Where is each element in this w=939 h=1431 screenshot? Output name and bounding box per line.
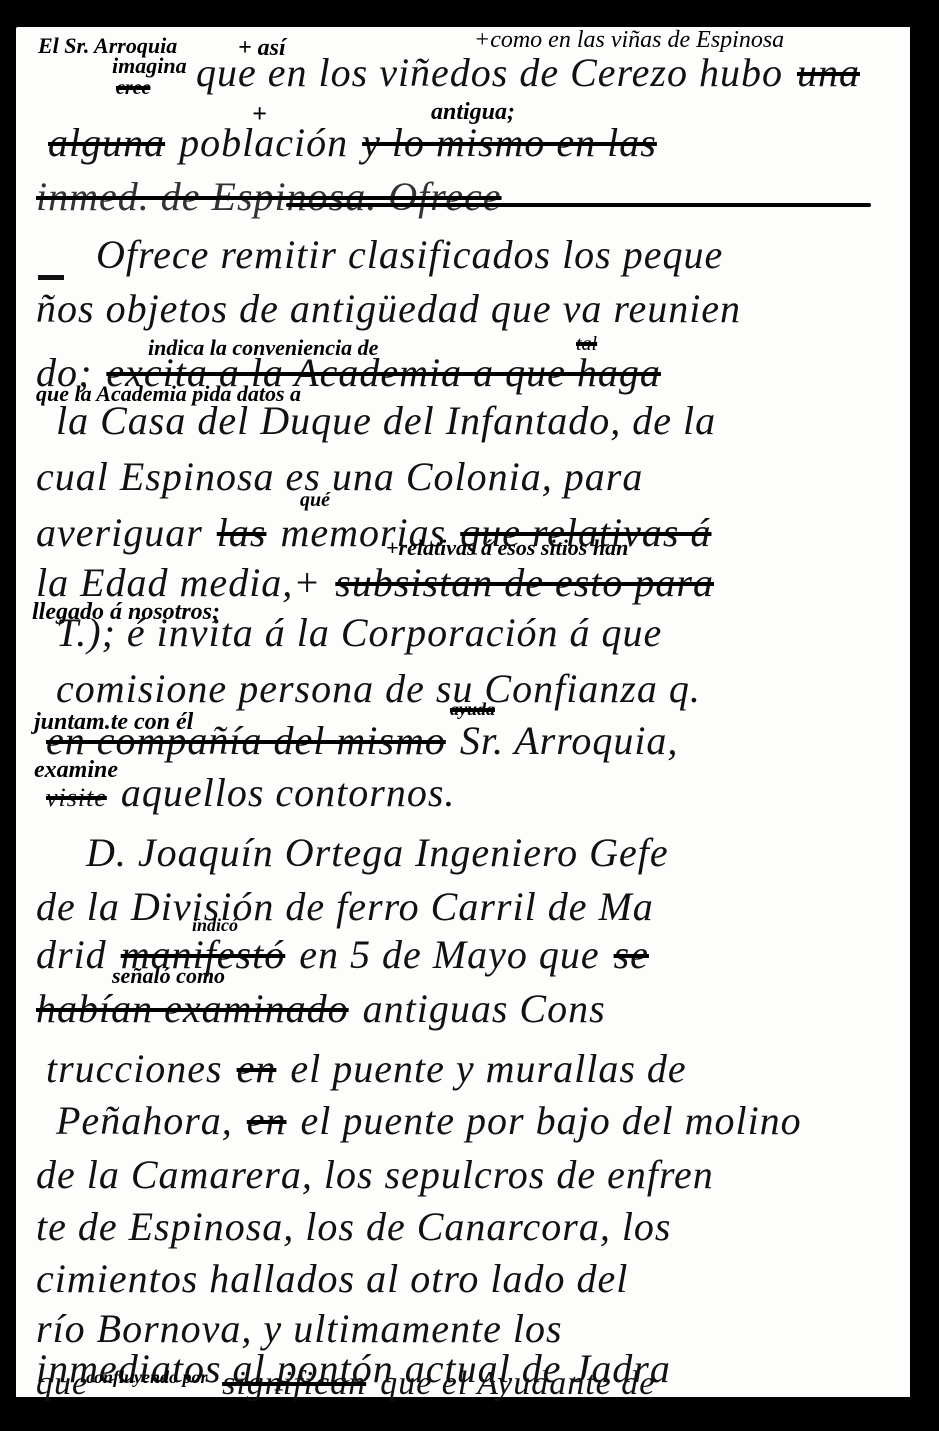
text-line: algunapoblacióny lo mismo en las: [48, 119, 939, 166]
text-line: de la Camarera, los sepulcros de enfren: [36, 1151, 930, 1198]
text-line: te de Espinosa, los de Canarcora, los: [36, 1203, 930, 1250]
text-line: cual Espinosa es una Colonia, para: [36, 453, 930, 500]
insertion-relativas: +relativas á esos sitios han: [386, 535, 628, 561]
text-line: la Casa del Duque del Infantado, de la: [56, 397, 939, 444]
text-line: Peñahora,enel puente por bajo del molino: [56, 1097, 939, 1144]
text-line: T.); é invita á la Corporación á que: [56, 609, 939, 656]
margin-note-struck: cree: [116, 77, 150, 100]
text-line: comisione persona de su Confianza q.: [56, 665, 939, 712]
text-line-struck: inmed. de Espinosa. Ofrece: [36, 173, 930, 220]
text-line: truccionesenel puente y murallas de: [46, 1045, 939, 1092]
text-line: quesignificanque el Ayudante de: [36, 1365, 930, 1403]
text-line: habían examinadoantiguas Cons: [36, 985, 930, 1032]
paragraph-dash: [38, 275, 64, 280]
text-line: D. Joaquín Ortega Ingeniero Gefe: [86, 829, 939, 876]
margin-note-imagina: imagina: [112, 53, 187, 79]
text-line: Ofrece remitir clasificados los peque: [96, 231, 939, 278]
text-line: que en los viñedos de Cerezo hubouna: [196, 49, 939, 96]
text-line: de la División de ferro Carril de Ma: [36, 883, 930, 930]
text-line: ños objetos de antigüedad que va reunien: [36, 285, 930, 332]
text-line: en compañía del mismoSr. Arroquia,: [46, 717, 939, 764]
text-line: visiteaquellos contornos.: [46, 769, 939, 816]
manuscript-page: El Sr. Arroquia imagina cree + así +como…: [16, 27, 910, 1397]
text-line: cimientos hallados al otro lado del: [36, 1255, 930, 1302]
strike-line: [286, 203, 871, 207]
